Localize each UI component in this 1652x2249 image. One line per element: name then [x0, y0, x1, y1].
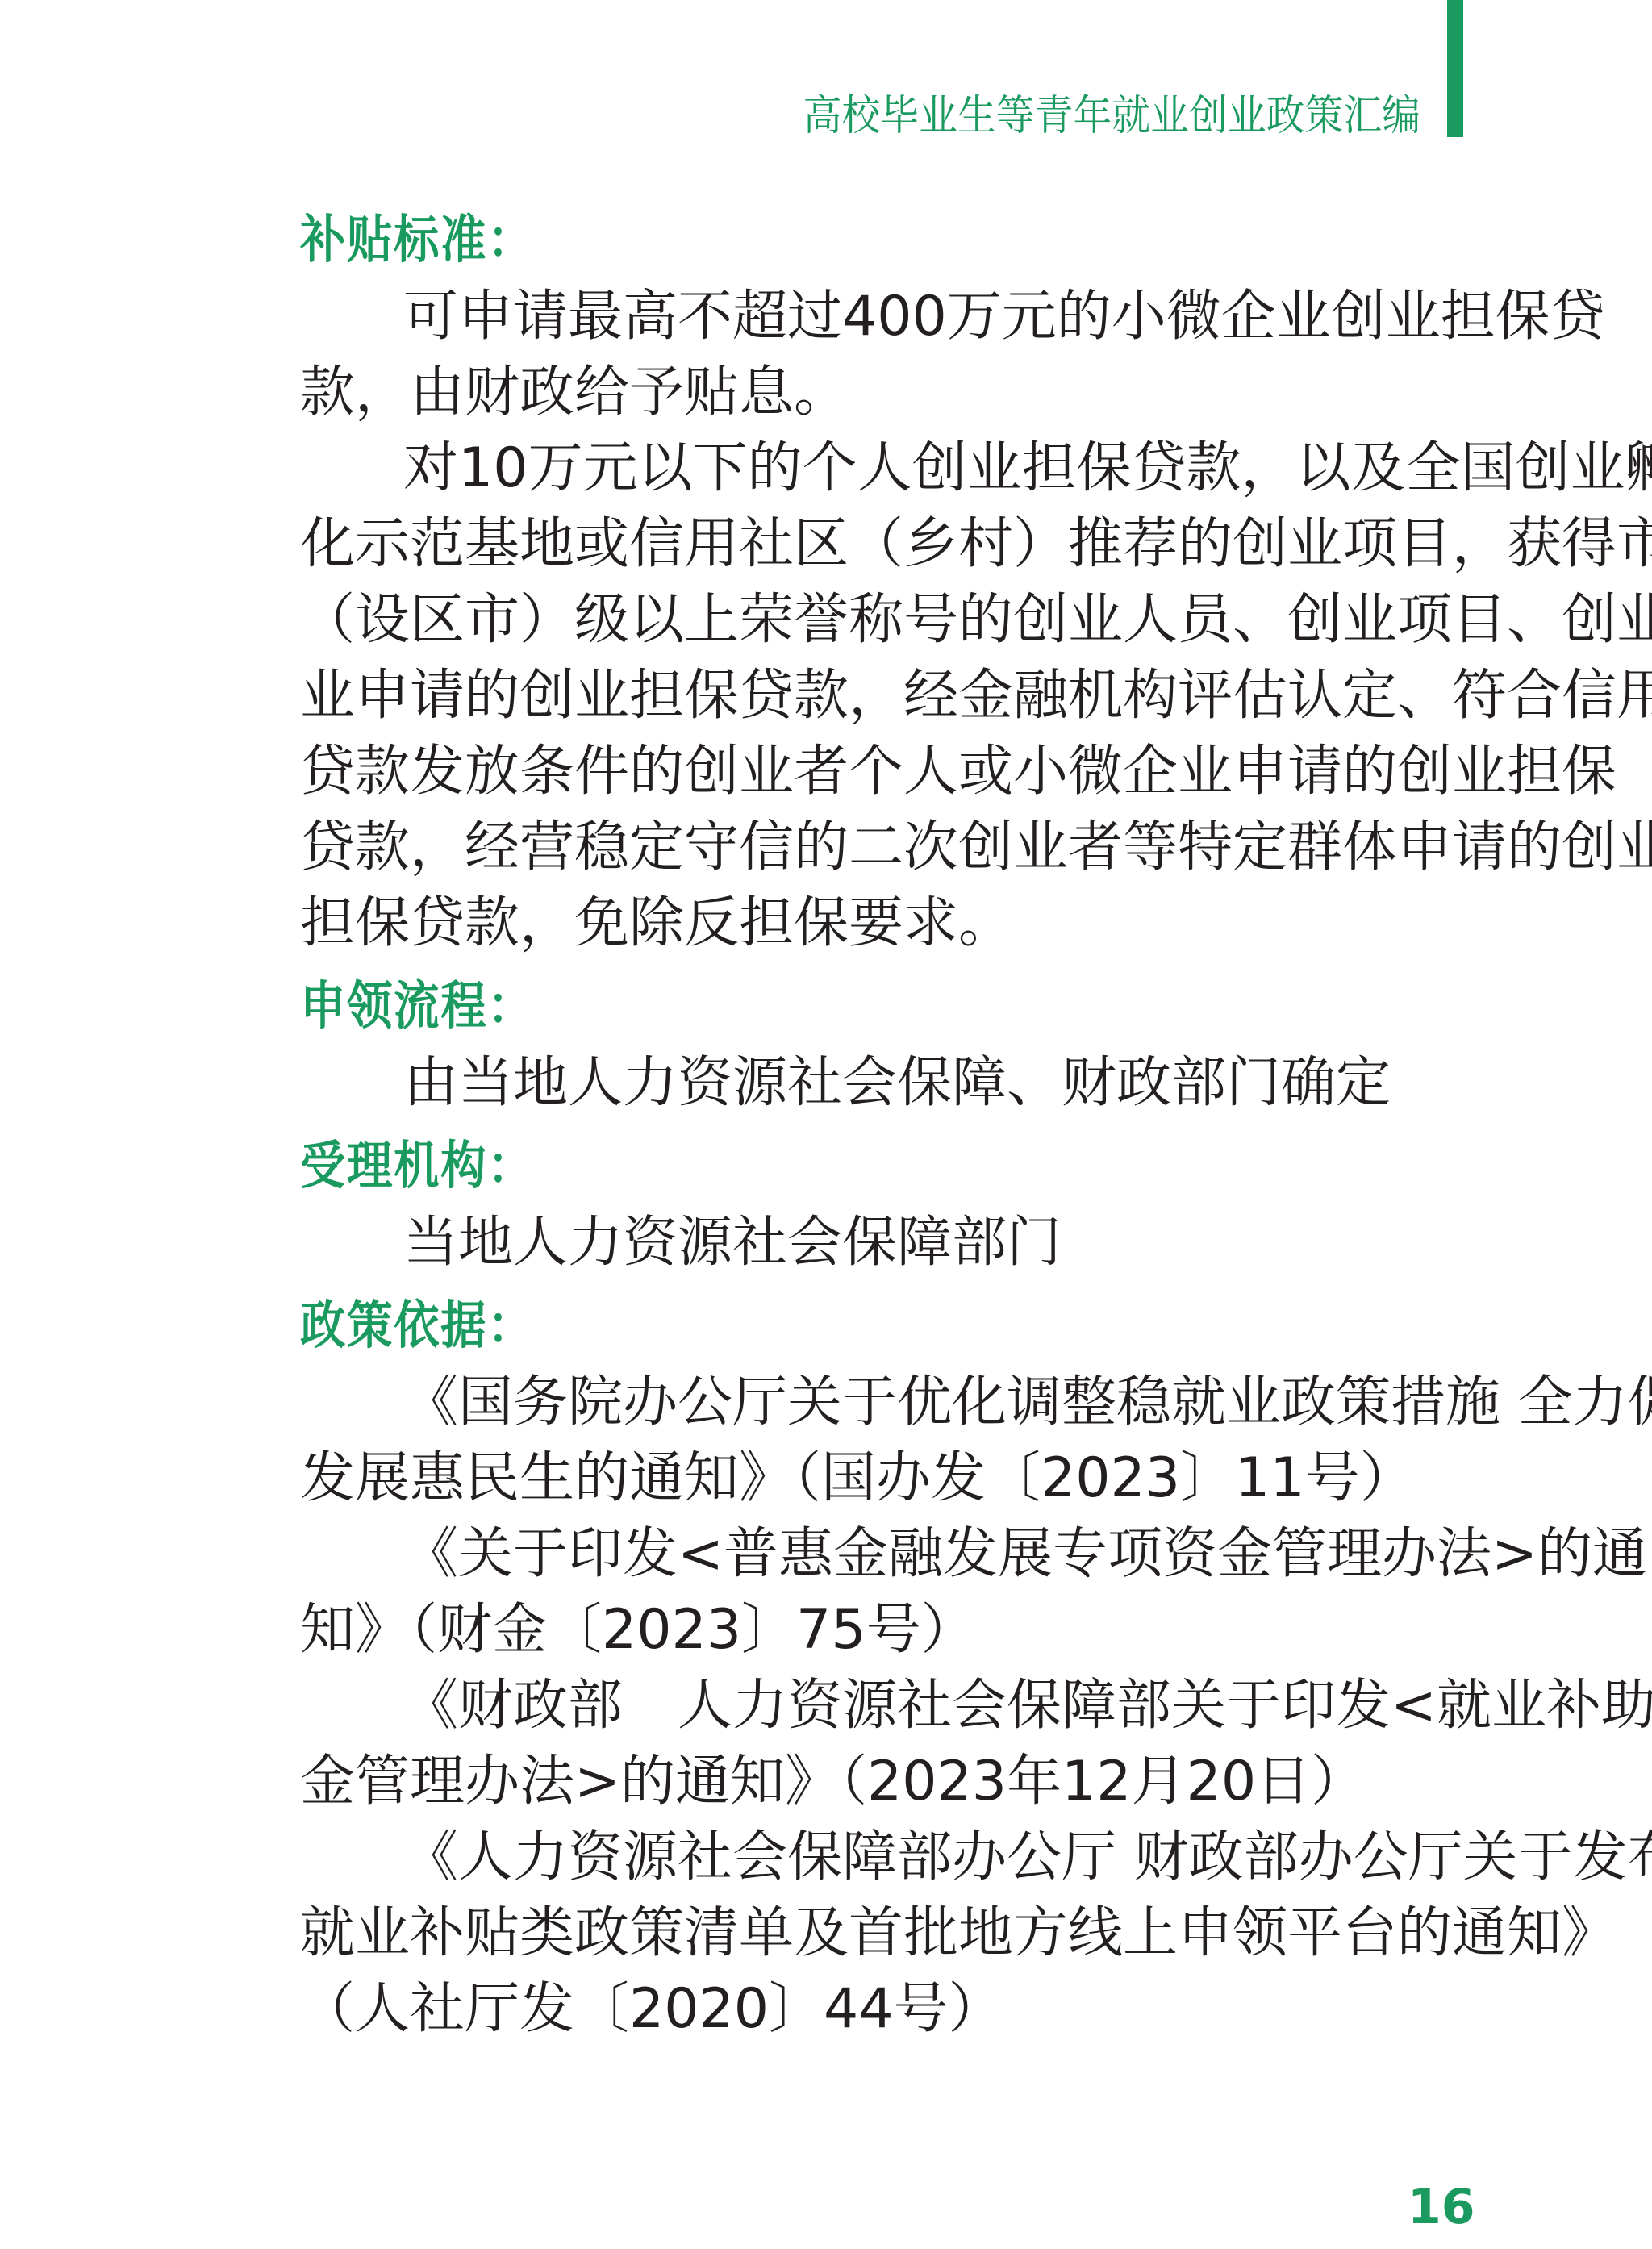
section-heading: 补贴标准： [300, 202, 1316, 279]
paragraph-line: 贷款，经营稳定守信的二次创业者等特定群体申请的创业 [300, 810, 1455, 886]
reference-line: 《财政部 人力资源社会保障部关于印发<就业补助资 [300, 1668, 1455, 1744]
reference-line: （人社厅发〔2020〕44号） [300, 1972, 1455, 2047]
paragraph-line: 当地人力资源社会保障部门 [300, 1205, 1455, 1281]
section-accepting-agency: 受理机构： 当地人力资源社会保障部门 [300, 1128, 1455, 1281]
paragraph-line: 担保贷款，免除反担保要求。 [300, 886, 1455, 962]
running-header-title: 高校毕业生等青年就业创业政策汇编 [803, 90, 1412, 142]
section-heading: 政策依据： [300, 1287, 1316, 1365]
paragraph-line: 业申请的创业担保贷款，经金融机构评估认定、符合信用 [300, 658, 1455, 734]
paragraph-line: 化示范基地或信用社区（乡村）推荐的创业项目，获得市 [300, 507, 1455, 582]
section-heading: 受理机构： [300, 1128, 1316, 1205]
reference-line: 金管理办法>的通知》（2023年12月20日） [300, 1744, 1455, 1820]
reference-line: 《人力资源社会保障部办公厅 财政部办公厅关于发布 [300, 1820, 1455, 1896]
reference-line: 就业补贴类政策清单及首批地方线上申领平台的通知》 [300, 1896, 1455, 1972]
paragraph-line: 可申请最高不超过400万元的小微企业创业担保贷 [300, 279, 1455, 355]
section-policy-basis: 政策依据： 《国务院办公厅关于优化调整稳就业政策措施 全力促 发展惠民生的通知》… [300, 1287, 1455, 2047]
reference-line: 知》（财金〔2023〕75号） [300, 1592, 1455, 1668]
section-subsidy-standard: 补贴标准： 可申请最高不超过400万元的小微企业创业担保贷 款，由财政给予贴息。… [300, 202, 1455, 962]
paragraph-line: （设区市）级以上荣誉称号的创业人员、创业项目、创业企 [300, 582, 1455, 658]
header-accent-bar [1447, 0, 1463, 137]
paragraph-line: 贷款发放条件的创业者个人或小微企业申请的创业担保 [300, 734, 1455, 810]
page-content: 补贴标准： 可申请最高不超过400万元的小微企业创业担保贷 款，由财政给予贴息。… [300, 202, 1455, 2054]
reference-line: 《关于印发<普惠金融发展专项资金管理办法>的通 [300, 1517, 1455, 1592]
reference-line: 《国务院办公厅关于优化调整稳就业政策措施 全力促 [300, 1365, 1455, 1441]
paragraph-line: 由当地人力资源社会保障、财政部门确定 [300, 1045, 1455, 1121]
reference-line: 发展惠民生的通知》（国办发〔2023〕11号） [300, 1441, 1455, 1517]
page-number: 16 [1408, 2178, 1472, 2236]
section-heading: 申领流程： [300, 968, 1316, 1045]
section-application-process: 申领流程： 由当地人力资源社会保障、财政部门确定 [300, 968, 1455, 1121]
paragraph-line: 款，由财政给予贴息。 [300, 355, 1455, 431]
paragraph-line: 对10万元以下的个人创业担保贷款，以及全国创业孵 [300, 431, 1455, 507]
